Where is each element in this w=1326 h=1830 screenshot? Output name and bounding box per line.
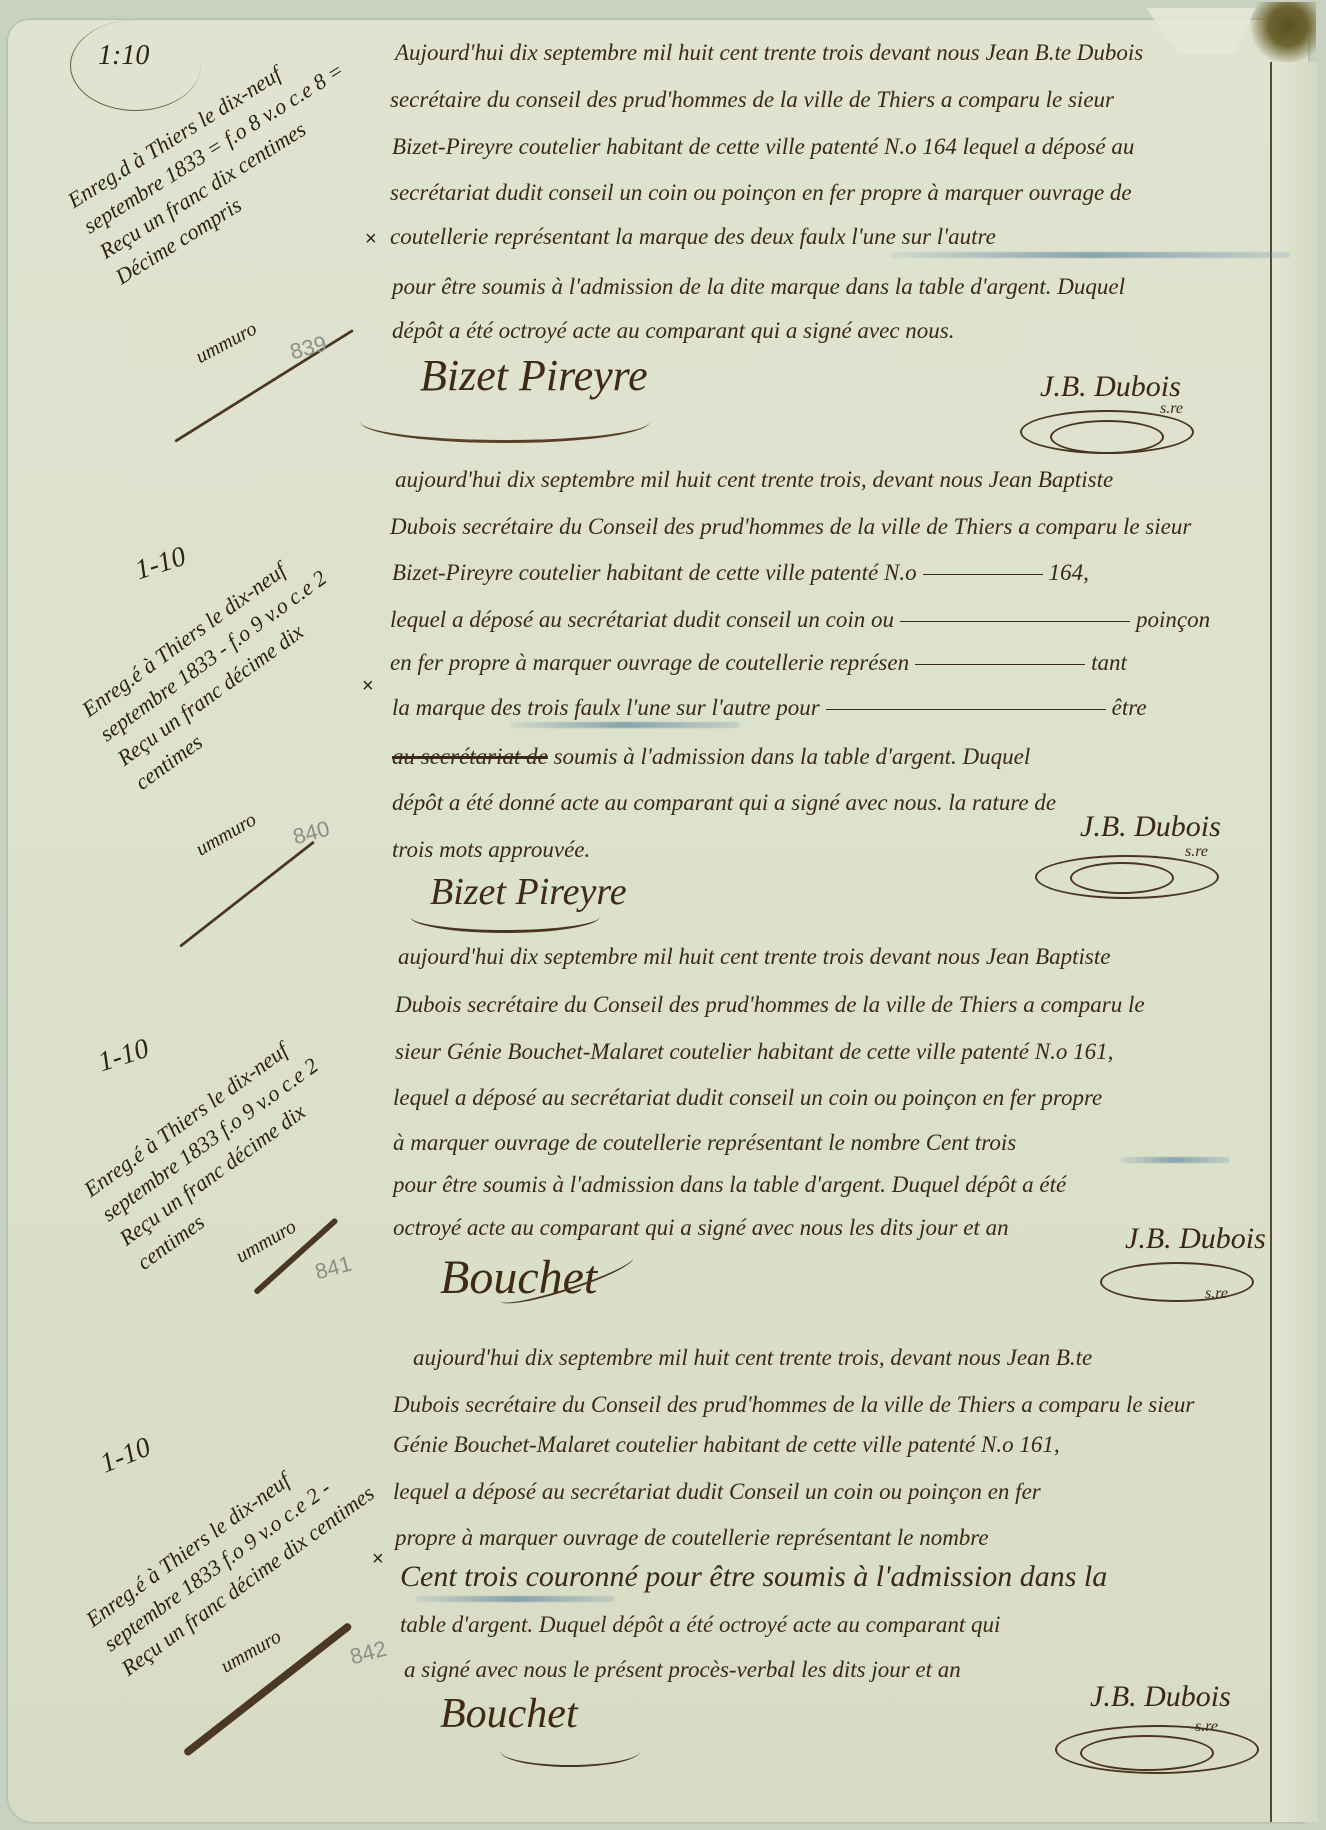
signature-flourish [500, 1735, 640, 1767]
signature-title: s.re [1185, 843, 1208, 861]
line-end: 164, [1049, 560, 1089, 585]
body-line: aujourd'hui dix septembre mil huit cent … [395, 465, 1113, 495]
signature-right: J.B. Dubois [1125, 1222, 1266, 1256]
body-line: aujourd'hui dix septembre mil huit cent … [398, 942, 1110, 972]
cross-mark: × [365, 228, 377, 251]
signature-paraph [1100, 1262, 1254, 1302]
facing-page-edge [1270, 62, 1318, 1822]
body-line: octroyé acte au comparant qui a signé av… [393, 1213, 1009, 1243]
body-line: trois mots approuvée. [392, 835, 590, 865]
signature-title: s.re [1205, 1285, 1228, 1303]
body-line: pour être soumis à l'admission de la dit… [392, 272, 1125, 302]
body-line: dépôt a été donné acte au comparant qui … [392, 788, 1056, 818]
body-line: Génie Bouchet-Malaret coutelier habitant… [393, 1430, 1060, 1460]
body-line: pour être soumis à l'admission dans la t… [393, 1170, 1066, 1200]
blue-pencil-underline [1120, 1157, 1230, 1163]
struck-text: au secrétariat de [392, 744, 548, 769]
line-end: être [1112, 695, 1147, 720]
body-line: secrétaire du conseil des prud'hommes de… [390, 85, 1114, 115]
blue-pencil-underline [510, 722, 740, 728]
cross-mark: × [372, 1548, 384, 1571]
binding-thread [1246, 2, 1316, 62]
blue-pencil-underline [415, 1596, 615, 1602]
line-filler [923, 574, 1043, 575]
body-line: lequel a déposé au secrétariat dudit Con… [393, 1477, 1041, 1507]
body-line: à marquer ouvrage de coutellerie représe… [393, 1128, 1016, 1158]
signature-flourish [360, 400, 650, 443]
body-line: table d'argent. Duquel dépôt a été octro… [400, 1610, 1000, 1640]
body-line: secrétariat dudit conseil un coin ou poi… [390, 178, 1132, 208]
body-line: la marque des trois faulx l'une sur l'au… [392, 693, 1147, 723]
body-line: Dubois secrétaire du Conseil des prud'ho… [393, 1390, 1194, 1420]
blue-pencil-underline [890, 252, 1290, 258]
body-text: la marque des trois faulx l'une sur l'au… [392, 695, 820, 720]
body-line: lequel a déposé au secrétariat dudit con… [390, 605, 1210, 635]
body-line: aujourd'hui dix septembre mil huit cent … [413, 1343, 1092, 1373]
body-line: Aujourd'hui dix septembre mil huit cent … [395, 38, 1143, 68]
body-text: lequel a déposé au secrétariat dudit con… [390, 607, 894, 632]
body-line: a signé avec nous le présent procès-verb… [404, 1655, 961, 1685]
signature-left: Bouchet [440, 1690, 578, 1738]
signature-right: J.B. Dubois [1080, 810, 1221, 844]
signature-paraph [1080, 1735, 1214, 1771]
body-line: en fer propre à marquer ouvrage de coute… [390, 648, 1127, 678]
body-line: Bizet-Pireyre coutelier habitant de cett… [392, 558, 1089, 588]
body-line: dépôt a été octroyé acte au comparant qu… [392, 316, 955, 346]
body-line: au secrétariat de soumis à l'admission d… [392, 742, 1030, 772]
body-text: soumis à l'admission dans la table d'arg… [554, 744, 1031, 769]
body-line: Cent trois couronné pour être soumis à l… [400, 1562, 1107, 1592]
line-end: poinçon [1136, 607, 1210, 632]
body-line: propre à marquer ouvrage de coutellerie … [395, 1523, 989, 1553]
body-line: Dubois secrétaire du Conseil des prud'ho… [390, 512, 1191, 542]
folio-bracket [70, 20, 201, 111]
body-line: coutellerie représentant la marque des d… [390, 222, 996, 252]
signature-right: J.B. Dubois [1040, 370, 1181, 404]
body-text: en fer propre à marquer ouvrage de coute… [390, 650, 909, 675]
body-text: Bizet-Pireyre coutelier habitant de cett… [392, 560, 917, 585]
signature-flourish [410, 900, 600, 933]
body-line: sieur Génie Bouchet-Malaret coutelier ha… [395, 1037, 1113, 1067]
line-filler [900, 621, 1130, 622]
cross-mark: × [362, 675, 374, 698]
body-line: lequel a déposé au secrétariat dudit con… [393, 1083, 1102, 1113]
signature-left: Bizet Pireyre [420, 350, 648, 401]
signature-right: J.B. Dubois [1090, 1680, 1231, 1714]
body-line: Dubois secrétaire du Conseil des prud'ho… [395, 990, 1145, 1020]
line-filler [826, 709, 1106, 710]
line-filler [915, 664, 1085, 665]
signature-paraph [1070, 862, 1174, 894]
body-line: Bizet-Pireyre coutelier habitant de cett… [392, 132, 1134, 162]
line-end: tant [1091, 650, 1127, 675]
signature-paraph [1050, 420, 1164, 454]
